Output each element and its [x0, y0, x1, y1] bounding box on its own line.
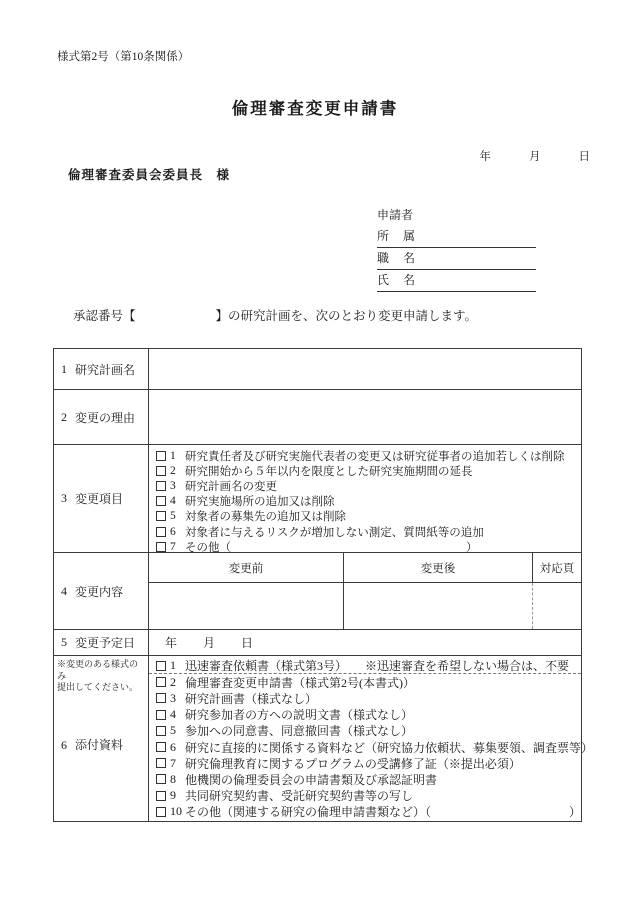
- column-header-after: 変更後: [344, 553, 533, 582]
- checkbox-icon[interactable]: [156, 807, 166, 817]
- table-row-attachments: ※変更のある様式のみ 提出してください。 6添付資料 1迅速審査依頼書（様式第3…: [54, 655, 581, 821]
- list-item: 10その他（関連する研究の倫理申請書類など）（）: [149, 804, 581, 820]
- approval-number-line: 承認番号【】の研究計画を、次のとおり変更申請します。: [73, 306, 477, 324]
- change-content-subtable: 変更前 変更後 対応頁: [149, 553, 581, 629]
- table-row-change-content: 4変更内容 変更前 変更後 対応頁: [54, 552, 581, 629]
- subtable-body: [149, 583, 581, 629]
- row6-header: ※変更のある様式のみ 提出してください。 6添付資料: [54, 656, 149, 821]
- date-field[interactable]: 年月日: [480, 148, 591, 164]
- addressee: 倫理審査委員会委員長 様: [68, 165, 230, 183]
- change-items-list: 1研究責任者及び研究実施代表者の変更又は研究従事者の追加若しくは削除 2研究開始…: [149, 445, 581, 552]
- year-label: 年: [165, 634, 177, 651]
- applicant-block: 申請者 所 属 職 名 氏 名: [377, 204, 536, 292]
- approval-prefix: 承認番号【: [73, 309, 136, 323]
- row2-header: 2変更の理由: [54, 390, 149, 444]
- form-number: 様式第2号（第10条関係）: [57, 48, 189, 64]
- application-table: 1研究計画名 2変更の理由 3変更項目 1研究責任者及び研究実施代表者の変更又は…: [53, 348, 582, 822]
- page-reference-field[interactable]: [533, 583, 581, 629]
- month-label: 月: [203, 634, 215, 651]
- list-item: 5対象者の募集先の追加又は削除: [156, 509, 581, 524]
- applicant-label: 申請者: [377, 204, 536, 226]
- subtable-header: 変更前 変更後 対応頁: [149, 553, 581, 583]
- checkbox-icon[interactable]: [156, 758, 166, 768]
- checkbox-icon[interactable]: [156, 693, 166, 703]
- table-row-plan-name: 1研究計画名: [54, 349, 581, 389]
- list-item: 2倫理審査変更申請書（様式第2号(本書式)）: [149, 674, 581, 690]
- list-item: 9共同研究契約書、受託研究契約書等の写し: [149, 788, 581, 804]
- list-item: 6研究に直接的に関係する資料など（研究協力依頼状、募集要領、調査票等）: [149, 739, 581, 755]
- list-item: 1迅速審査依頼書（様式第3号） ※迅速審査を希望しない場合は、不要: [149, 658, 581, 674]
- row1-header: 1研究計画名: [54, 349, 149, 389]
- checkbox-icon[interactable]: [156, 511, 166, 521]
- after-change-field[interactable]: [344, 583, 533, 629]
- checkbox-icon[interactable]: [156, 774, 166, 784]
- checkbox-icon[interactable]: [156, 481, 166, 491]
- list-item: 7研究倫理教育に関するプログラムの受講修了証（※提出必須）: [149, 755, 581, 771]
- position-field[interactable]: 職 名: [377, 248, 536, 270]
- table-row-change-date: 5変更予定日 年月日: [54, 629, 581, 655]
- list-item: 1研究責任者及び研究実施代表者の変更又は研究従事者の追加若しくは削除: [156, 448, 581, 463]
- checkbox-icon[interactable]: [156, 791, 166, 801]
- attachments-list: 1迅速審査依頼書（様式第3号） ※迅速審査を希望しない場合は、不要 2倫理審査変…: [149, 656, 581, 821]
- page-title: 倫理審査変更申請書: [0, 95, 630, 119]
- checkbox-icon[interactable]: [156, 661, 166, 671]
- approval-suffix: 】の研究計画を、次のとおり変更申請します。: [216, 309, 478, 323]
- checkbox-icon[interactable]: [156, 542, 166, 552]
- planned-change-date-field[interactable]: 年月日: [149, 630, 581, 655]
- list-item: 3研究計画書（様式なし）: [149, 690, 581, 706]
- table-row-change-items: 3変更項目 1研究責任者及び研究実施代表者の変更又は研究従事者の追加若しくは削除…: [54, 444, 581, 552]
- row5-header: 5変更予定日: [54, 630, 149, 655]
- checkbox-icon[interactable]: [156, 451, 166, 461]
- plan-name-field[interactable]: [149, 349, 581, 389]
- year-label: 年: [480, 151, 492, 163]
- document-page: 様式第2号（第10条関係） 倫理審査変更申請書 年月日 倫理審査委員会委員長 様…: [0, 0, 630, 903]
- list-item: 4研究実施場所の追加又は削除: [156, 494, 581, 509]
- list-item: 8他機関の倫理委員会の申請書類及び承認証明書: [149, 771, 581, 787]
- row3-header: 3変更項目: [54, 445, 149, 552]
- attachments-note: ※変更のある様式のみ 提出してください。: [57, 659, 146, 694]
- affiliation-field[interactable]: 所 属: [377, 226, 536, 248]
- list-item: 6対象者に与えるリスクが増加しない測定、質問紙等の追加: [156, 524, 581, 539]
- table-row-change-reason: 2変更の理由: [54, 389, 581, 444]
- checkbox-icon[interactable]: [156, 527, 166, 537]
- day-label: 日: [241, 634, 253, 651]
- position-label: 職 名: [377, 251, 416, 265]
- checkbox-icon[interactable]: [156, 742, 166, 752]
- name-label: 氏 名: [377, 273, 416, 287]
- name-field[interactable]: 氏 名: [377, 270, 536, 292]
- change-reason-field[interactable]: [149, 390, 581, 444]
- checkbox-icon[interactable]: [156, 496, 166, 506]
- list-item: 3研究計画名の変更: [156, 478, 581, 493]
- checkbox-icon[interactable]: [156, 677, 166, 687]
- checkbox-icon[interactable]: [156, 466, 166, 476]
- attachments-label: 6添付資料: [57, 736, 146, 753]
- column-header-page: 対応頁: [533, 553, 581, 582]
- list-item: 4研究参加者の方への説明文書（様式なし）: [149, 707, 581, 723]
- list-item: 5参加への同意書、同意撤回書（様式なし）: [149, 723, 581, 739]
- checkbox-icon[interactable]: [156, 726, 166, 736]
- affiliation-label: 所 属: [377, 229, 416, 243]
- list-item: 2研究開始から５年以内を限度とした研究実施期間の延長: [156, 463, 581, 478]
- column-header-before: 変更前: [149, 553, 344, 582]
- before-change-field[interactable]: [149, 583, 344, 629]
- month-label: 月: [529, 151, 541, 163]
- checkbox-icon[interactable]: [156, 710, 166, 720]
- row4-header: 4変更内容: [54, 553, 149, 629]
- day-label: 日: [579, 151, 591, 163]
